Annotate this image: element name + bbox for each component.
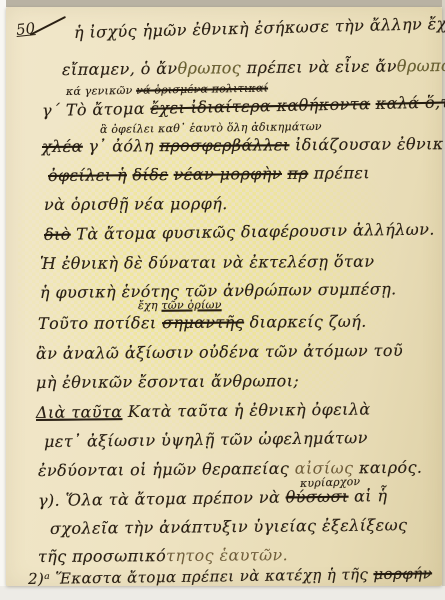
text-segment: μετ᾽ ἀξίωσιν ὑψηλῇ τῶν ὠφελημάτων: [44, 428, 368, 451]
handwritten-line: Διὰ ταῦτα Κατὰ ταῦτα ἡ ἐθνικὴ ὀφειλὰ: [36, 400, 371, 421]
handwritten-line: χλέα γ᾽ ἀόλη προσφερβάλλει ἰδιάζουσαν ἐθ…: [42, 135, 445, 155]
text-segment: γ). Ὅλα τὰ ἄτομα πρέπον νὰ: [38, 488, 286, 510]
text-segment: Κατὰ ταῦτα ἡ ἐθνικὴ ὀφειλὰ: [122, 399, 370, 421]
handwritten-line: εἴπαμεν, ὁ ἄνθρωπος πρέπει νὰ εἶνε ἄνθρω…: [62, 57, 445, 79]
struck-text-segment: σημαντῆς: [162, 313, 244, 333]
text-segment: μὴ ἐθνικῶν ἔσονται ἄνθρωποι;: [36, 371, 299, 392]
struck-text-segment: προσφερβάλλει: [159, 135, 289, 155]
text-segment: εἴπαμεν, ὁ ἄν: [62, 59, 178, 79]
text-segment: ἐνδύονται οἱ ἡμῶν θεραπείας: [38, 459, 295, 480]
handwritten-line: μετ᾽ ἀξίωσιν ὑψηλῇ τῶν ὠφελημάτων: [44, 429, 368, 451]
text-segment: αἱ ἧ: [348, 486, 387, 506]
scan-edge-bottom: [0, 586, 445, 600]
text-segment: Τοῦτο ποτίδει: [38, 313, 162, 333]
struck-text-segment: ὀφείλει ἡ: [48, 165, 127, 185]
handwritten-line: ἔχη τῶν ὁρίων: [138, 299, 222, 312]
text-segment: ἰδιάζουσαν ἐθνικὴ: [289, 134, 445, 154]
text-segment: διαρκείς ζωή.: [244, 312, 367, 332]
text-segment: νὰ ὁρισθῇ νέα μορφή.: [44, 194, 228, 214]
struck-text-segment: δίδε: [132, 165, 168, 184]
struck-text-segment: χλέα: [42, 137, 83, 156]
struck-text-segment: πρ: [287, 164, 308, 183]
struck-text-segment: μορφήν: [373, 564, 432, 583]
text-segment: γ´ Τὸ ἄτομα: [42, 99, 151, 120]
text-segment: Διὰ ταῦτα: [36, 402, 123, 422]
handwritten-line: μὴ ἐθνικῶν ἔσονται ἄνθρωποι;: [36, 372, 299, 391]
scanned-manuscript: 50 ἡ ἰσχύς ἡμῶν ἐθνικὴ ἐσήκωσε τὴν ἄλλην…: [0, 0, 445, 600]
text-segment: κά: [66, 85, 81, 98]
text-segment: τητος ἑαυτῶν.: [166, 545, 288, 565]
handwritten-line: ἂν ἀναλῶ ἀξίωσιν οὐδένα τῶν ἀτόμων τοῦ: [36, 342, 403, 363]
text-segment: γενικῶν: [81, 84, 136, 98]
struck-text-segment: νά ὁρισμένα πολιτικαί: [136, 81, 268, 96]
text-segment: σχολεῖα τὴν ἀνάπτυξιν ὑγιείας ἐξελίξεως: [50, 515, 408, 538]
text-segment: θρωπος: [397, 56, 445, 76]
text-segment: θρωπος: [177, 58, 241, 78]
struck-text-segment: θύσωσι: [285, 487, 348, 507]
text-segment: τῶν ὁρίων: [161, 298, 221, 312]
handwritten-line: τῆς προσωπικότητος ἑαυτῶν.: [38, 546, 288, 565]
text-segment: Ἡ ἐθνικὴ δὲ δύναται νὰ ἐκτελέσῃ ὅταν: [40, 252, 375, 273]
text-segment: καιρός.: [353, 458, 422, 478]
handwritten-line: ὀφείλει ἡ δίδε νέαν μορφὴν πρ πρέπει: [48, 164, 370, 184]
scan-edge-top: [0, 0, 445, 7]
struck-text-segment: νέαν μορφὴν: [174, 164, 282, 184]
text-segment: πρέπει: [308, 163, 370, 183]
handwritten-line: Ἡ ἐθνικὴ δὲ δύναται νὰ ἐκτελέσῃ ὅταν: [40, 253, 375, 273]
handwritten-line: ἐνδύονται οἱ ἡμῶν θεραπείας αἰσίως καιρό…: [38, 459, 423, 480]
text-segment: ἔχη: [138, 299, 158, 312]
struck-text-segment: διὸ: [44, 225, 71, 244]
handwritten-line: Τοῦτο ποτίδει σημαντῆς διαρκείς ζωή.: [38, 313, 367, 333]
handwritten-line: σχολεῖα τὴν ἀνάπτυξιν ὑγιείας ἐξελίξεως: [50, 516, 408, 537]
text-segment: γ᾽ ἀόλη: [83, 136, 160, 156]
struck-text-segment: καλά ὅ,τι: [375, 92, 445, 113]
text-segment: τῆς προσωπικό: [38, 546, 166, 566]
text-segment: ἂν ἀναλῶ ἀξίωσιν οὐδένα τῶν ἀτόμων τοῦ: [36, 341, 403, 363]
page-number: 50: [15, 19, 36, 39]
handwritten-line: νὰ ὁρισθῇ νέα μορφή.: [44, 195, 228, 214]
text-segment: πρέπει νὰ εἶνε ἄν: [241, 56, 397, 77]
